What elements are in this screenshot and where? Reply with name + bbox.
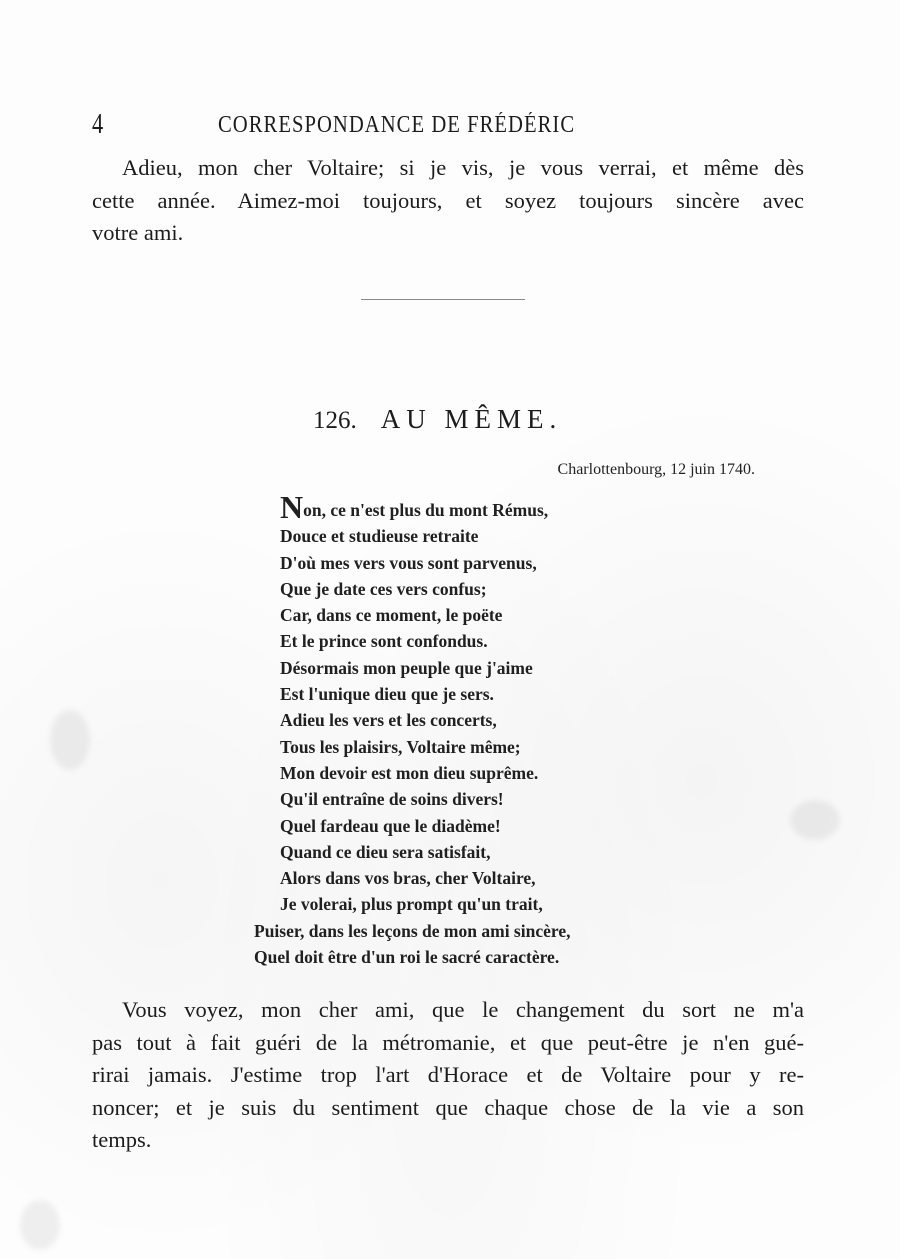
closing-paragraph: Adieu, mon cher Voltaire; si je vis, je … (92, 152, 804, 250)
verse-line: Désormais mon peuple que j'aime (254, 655, 674, 681)
verse-line: Non, ce n'est plus du mont Rémus, (254, 497, 674, 523)
text-line: cette année. Aimez-moi toujours, et soye… (92, 185, 804, 218)
letter-title: AU MÊME. (381, 404, 563, 434)
paper-stain (50, 710, 90, 770)
verse-line: Et le prince sont confondus. (254, 628, 674, 654)
drop-cap: N (280, 489, 303, 525)
verse-line: Je volerai, plus prompt qu'un trait, (254, 891, 674, 917)
text-line: votre ami. (92, 217, 804, 250)
verse-line: Douce et studieuse retraite (254, 523, 674, 549)
verse-line: Quand ce dieu sera satisfait, (254, 839, 674, 865)
verse-line: Mon devoir est mon dieu suprême. (254, 760, 674, 786)
running-title: CORRESPONDANCE DE FRÉDÉRIC (218, 110, 575, 140)
verse-line: Que je date ces vers confus; (254, 576, 674, 602)
verse-line: D'où mes vers vous sont parvenus, (254, 550, 674, 576)
text-line: noncer; et je suis du sentiment que chaq… (92, 1092, 804, 1125)
paper-stain (790, 800, 840, 840)
verse-line: Adieu les vers et les concerts, (254, 707, 674, 733)
verse-line: Qu'il entraîne de soins divers! (254, 786, 674, 812)
verse-line: Alors dans vos bras, cher Voltaire, (254, 865, 674, 891)
text-line: Vous voyez, mon cher ami, que le changem… (92, 994, 804, 1027)
paper-stain (20, 1200, 60, 1250)
verse-line: Est l'unique dieu que je sers. (254, 681, 674, 707)
commentary-paragraph: Vous voyez, mon cher ami, que le changem… (92, 994, 804, 1157)
text-line: rirai jamais. J'estime trop l'art d'Hora… (92, 1059, 804, 1092)
verse-text: on, ce n'est plus du mont Rémus, (303, 500, 548, 520)
letter-heading: 126. AU MÊME. (313, 404, 562, 444)
text-line: pas tout à fait guéri de la métromanie, … (92, 1027, 804, 1060)
verse-line: Quel fardeau que le diadème! (254, 813, 674, 839)
dateline: Charlottenbourg, 12 juin 1740. (558, 461, 755, 479)
verse-line: Tous les plaisirs, Voltaire même; (254, 734, 674, 760)
verse-line: Puiser, dans les leçons de mon ami sincè… (254, 918, 674, 944)
text-line: Adieu, mon cher Voltaire; si je vis, je … (92, 152, 804, 185)
verse-line: Quel doit être d'un roi le sacré caractè… (254, 944, 674, 970)
running-head: 4 CORRESPONDANCE DE FRÉDÉRIC (92, 108, 812, 142)
poem: Non, ce n'est plus du mont Rémus, Douce … (254, 497, 674, 970)
page-number: 4 (92, 108, 103, 142)
letter-number: 126. (313, 407, 357, 434)
book-page: 4 CORRESPONDANCE DE FRÉDÉRIC Adieu, mon … (0, 0, 900, 1259)
verse-line: Car, dans ce moment, le poëte (254, 602, 674, 628)
text-line: temps. (92, 1124, 804, 1157)
section-divider (361, 299, 525, 300)
